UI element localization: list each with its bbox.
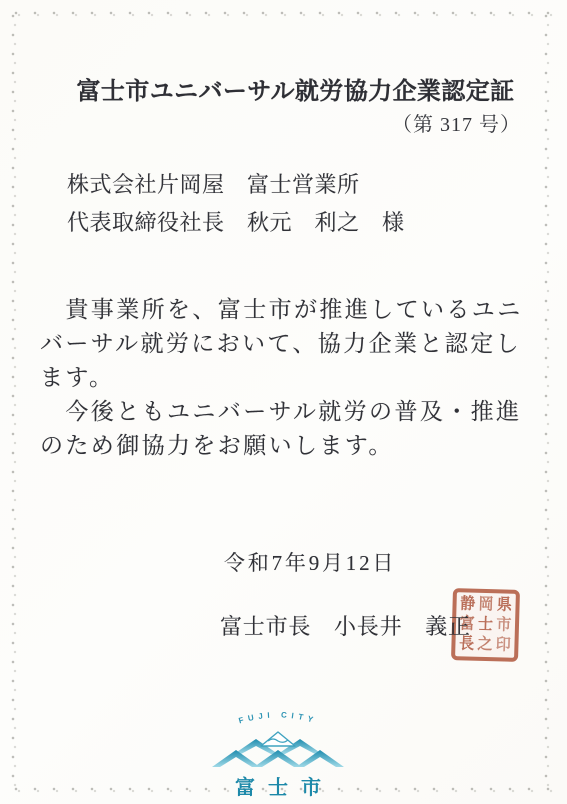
recipient-company: 株式会社片岡屋 富士営業所	[67, 166, 405, 204]
seal-character: 士	[478, 617, 493, 634]
certificate-number: （第 317 号）	[0, 108, 521, 137]
body-line: バーサル就労において、協力企業と認定し	[40, 327, 542, 361]
logo-arc-text: FUJI CITY	[238, 710, 319, 725]
seal-character: 岡	[478, 597, 493, 614]
certificate-page: 富士市ユニバーサル就労協力企業認定証 （第 317 号） 株式会社片岡屋 富士営…	[0, 0, 567, 804]
seal-character: 市	[496, 617, 511, 634]
certificate-title: 富士市ユニバーサル就労協力企業認定証	[24, 71, 567, 106]
body-line: 貴事業所を、富士市が推進しているユニ	[40, 293, 542, 327]
issue-date: 令和7年9月12日	[224, 547, 396, 577]
body-line: ます。	[40, 361, 542, 395]
seal-character: 印	[496, 637, 511, 654]
svg-text:FUJI CITY: FUJI CITY	[238, 710, 319, 725]
decorative-border-right	[544, 14, 550, 790]
certificate-body: 貴事業所を、富士市が推進しているユニ バーサル就労において、協力企業と認定し ま…	[40, 293, 542, 463]
recipient-block: 株式会社片岡屋 富士営業所 代表取締役社長 秋元 利之 様	[67, 166, 405, 242]
seal-character: 県	[497, 597, 512, 614]
body-line: のため御協力をお願いします。	[40, 429, 542, 463]
recipient-representative: 代表取締役社長 秋元 利之 様	[67, 204, 405, 242]
fuji-city-logo: FUJI CITY	[207, 705, 349, 800]
issuer-signature: 富士市長 小長井 義正	[220, 610, 471, 641]
seal-character: 之	[477, 637, 492, 654]
logo-arc: FUJI CITY	[207, 705, 349, 731]
mount-fuji-icon	[207, 731, 349, 769]
decorative-border-top	[14, 11, 553, 17]
body-line: 今後ともユニバーサル就労の普及・推進	[40, 395, 542, 429]
logo-city-name: 富士市	[207, 771, 349, 800]
